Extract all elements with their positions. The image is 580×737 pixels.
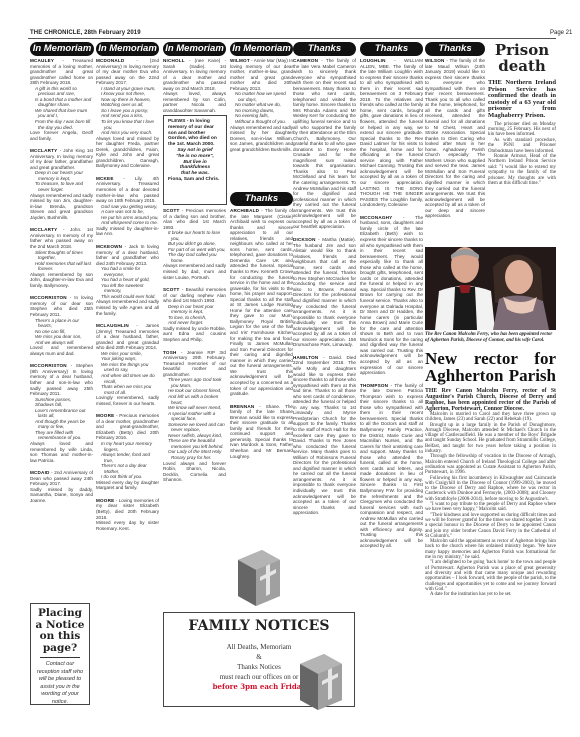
- notice-entry: MCAULEY - Treasured memories of a loving…: [30, 58, 93, 141]
- notice-name: MCCORRISTON: [30, 363, 67, 368]
- notice-entry: WILMOT - Annie Mar (May) In loving memor…: [230, 58, 293, 152]
- notice-name: MCCLARTY: [30, 227, 57, 232]
- notice-name: WILMOT: [230, 58, 250, 63]
- banner-thanks-3: Thanks: [360, 42, 423, 56]
- notice-text: - The family of the late Vera Mabel Came…: [293, 58, 356, 229]
- notice-text: - WILLIAM ALLEN, MBE. The family of the …: [360, 58, 423, 207]
- notice-name: MCAULEY: [30, 58, 54, 63]
- notice-signoff: Love forever Angela, Geoff and family.: [30, 130, 93, 141]
- rector-photo: [425, 247, 556, 330]
- bible-cross-icon: [294, 652, 346, 712]
- article-paragraph: "I want to pay tribute to the people of …: [425, 502, 556, 513]
- article-paragraph: "Their kindness and love supported us du…: [425, 513, 556, 539]
- thanks-column-4: ARCHIBALD - The family of the late Marga…: [230, 208, 293, 493]
- thanks-column-6: LOUGHLIN - WILLIAM ALLEN, MBE. The famil…: [360, 58, 423, 698]
- article-paragraph: As with standard procedure, the PSNI and…: [488, 138, 556, 154]
- memoriam-column-3b: SCOTT - Precious memories of a darling s…: [163, 208, 226, 518]
- notice-signoff: Always loved and missed by her daughter …: [96, 136, 159, 169]
- article-paragraph: "I am delighted to be going 'back home' …: [425, 560, 556, 592]
- notice-verse: In my heart your memory lingers,Always t…: [96, 441, 159, 480]
- notice-entry: MCCLARTY - John. 1st Anniversary. In mem…: [30, 227, 93, 288]
- notice-verse: We miss your smile,Your joking ways,We m…: [96, 351, 159, 395]
- notice-name: HAMILTON: [293, 355, 318, 360]
- article-paragraph: Brought up in a large family in the Pari…: [425, 423, 556, 455]
- masthead: THE CHRONICLE, 28th February 2019: [30, 30, 141, 36]
- notice-text: - Shane. The family of the late Shane Br…: [230, 404, 293, 459]
- notice-signoff: Sadly missed by daughter-in-law Ann.: [96, 226, 159, 237]
- notice-entry: THOMPSON - The family of the late Doreen…: [360, 383, 423, 549]
- notice-name: SCOTT: [163, 287, 180, 292]
- notice-entry: NICHOLL - (nee Kane) - Sarah (Sadie). 1s…: [163, 58, 226, 112]
- prison-lead: THE Northern Ireland Prison Service has …: [488, 80, 556, 120]
- notice-name: MCKEOWN: [96, 244, 122, 249]
- notice-name: MCCONAGHY: [360, 215, 392, 220]
- notice-text: - (nee Kane) - Sarah (Sadie). 1st Annive…: [163, 58, 226, 91]
- placing-notice-box: Placing a Notice on this page? Contact o…: [30, 603, 90, 705]
- notice-name: NICHOLL: [163, 58, 185, 63]
- notice-entry: DICKSON - Martha (Mattie). The husband J…: [293, 237, 356, 348]
- article-paragraph: A date for the institution has yet to be…: [425, 592, 556, 597]
- notice-name: BRENNAN: [230, 404, 254, 409]
- notice-entry: HAMILTON - David. Died 22nd September 20…: [293, 355, 356, 516]
- rector-headline: New rector for Aghherton Parish: [425, 350, 556, 384]
- memoriam-column-2: MCDONALD - (2nd Anniversary) In loving m…: [96, 58, 159, 678]
- notice-entry: SCOTT - Beautiful memories of our darlin…: [163, 287, 226, 342]
- notice-entry: MCCONAGHY - The husband, sons, daughters…: [360, 215, 423, 376]
- notice-entry: LOUGHLIN - WILLIAM ALLEN, MBE. The famil…: [360, 58, 423, 208]
- article-paragraph: The prisoner died on Monday morning, 25 …: [488, 122, 556, 138]
- bible-cross-icon: [232, 548, 284, 608]
- notice-name: DICKSON: [293, 237, 316, 242]
- notice-entry: MOORE - Precious memories of a dear moth…: [96, 413, 159, 491]
- article-paragraph: Ronnie Armour, Head of the Northern Irel…: [488, 154, 556, 186]
- notice-verse: It broke our hearts to lose you,But you …: [163, 230, 226, 263]
- notice-signoff: Sadly missed by uncle Robbie, aunt Edna …: [163, 326, 226, 343]
- notice-verse: Sunshine passes,Shadows fall,Love's reme…: [30, 397, 93, 441]
- memoriam-column-1: MCAULEY - Treasured memories of a loving…: [30, 58, 93, 563]
- notice-signoff: Always loved, always remembered by son C…: [163, 91, 226, 112]
- notice-verse: A gift in this world so precious and rar…: [30, 86, 93, 130]
- notice-signoff: Lovingly remembered, sadly missed, forev…: [96, 395, 159, 406]
- notice-entry: MCCLARTY - John King 1st Anniversary. In…: [30, 148, 93, 220]
- notice-entry: TOSH - Jeannie RIP 3rd Anniversary 29th …: [163, 350, 226, 483]
- banner-thanks-2: Thanks: [293, 42, 356, 56]
- notice-name: WILSON: [425, 58, 445, 63]
- banner-in-memoriam-1: In Memoriam: [30, 42, 94, 56]
- notice-text: - David. Died 22nd September 2018. The w…: [293, 355, 356, 515]
- article-paragraph: Following his first incumbency in Kilwau…: [425, 476, 556, 502]
- notice-signoff: Always remembered and sadly missed by so…: [30, 193, 93, 221]
- plews-text: PLEWS - In loving memory of our dear son…: [168, 119, 222, 148]
- notice-entry: MCDAID - 2nd Anniversary of Dean who pas…: [30, 470, 93, 503]
- banner-thanks-1: Thanks: [230, 192, 293, 206]
- placing-notice-body: Contact our reception staff who will be …: [34, 661, 86, 706]
- article-paragraph: Malcolm is married to Carol and they hav…: [425, 412, 556, 423]
- notice-name: MCLAUGHLIN: [96, 323, 129, 328]
- notice-verse: Silent thoughts of times together,Hold m…: [30, 250, 93, 272]
- page-number: Page 21: [550, 30, 572, 36]
- banner-in-memoriam-4: In Memoriam: [230, 42, 293, 56]
- notice-signoff: Always remembered and sadly missed by da…: [163, 263, 226, 280]
- notice-signoff: Missed every day by daughter Margaret an…: [96, 480, 159, 491]
- notice-verse: You had a smile for everyone,You had a h…: [96, 266, 159, 299]
- notice-entry: MCKEOWN - Jack In loving memory of a dea…: [96, 244, 159, 316]
- notice-signoff: Missed every day by sister Rosemary. Ken…: [96, 520, 159, 531]
- article-paragraph: Malcolm said the appointment as rector o…: [425, 539, 556, 560]
- notice-name: MCCORRISTON: [30, 295, 67, 300]
- plews-verse: Say not in grief"he is no more",But live…: [168, 148, 222, 177]
- memoriam-column-4: WILMOT - Annie Mar (May) In loving memor…: [230, 58, 293, 176]
- notice-name: TOSH: [163, 350, 176, 355]
- article-paragraph: Through the fellowship of vocation in th…: [425, 454, 556, 475]
- notice-text: - The family of the late Maud Wilson (24…: [425, 58, 485, 218]
- plews-notice-box: PLEWS - In loving memory of our dear son…: [163, 115, 227, 205]
- notice-name: CAMERON: [293, 58, 318, 63]
- placing-notice-title: Placing a Notice on this page?: [34, 608, 86, 654]
- thanks-column-5: CAMERON - The family of the late Vera Ma…: [293, 58, 356, 678]
- notice-verse: Deep in our heart your memory is kept,To…: [163, 304, 226, 326]
- notice-name: ARCHIBALD: [230, 208, 259, 213]
- notice-entry: WILSON - The family of the late Maud Wil…: [425, 58, 485, 219]
- notice-name: MCCLARTY: [30, 148, 57, 153]
- notice-name: MOORE: [96, 413, 114, 418]
- notice-signoff: Sadly missed by daddy, Samantha, Diane, …: [30, 487, 93, 504]
- notice-signoff: Always loved and remembered by wife Lind…: [30, 441, 93, 463]
- notice-verse: Three years ago God took you Mum,He took…: [163, 377, 226, 460]
- notice-verse: God saw you getting weary,A cure was not…: [96, 204, 159, 226]
- notice-text: - Stephen (8th Anniversary) In loving me…: [30, 363, 93, 396]
- rector-lead: THE Rev Canon Malcolm Ferry, rector of S…: [425, 388, 556, 412]
- notice-verse: No matter how we spend our days,No matte…: [230, 91, 293, 124]
- notice-entry: MCDONALD - (2nd Anniversary) In loving m…: [96, 58, 159, 169]
- notice-text: - Martha (Mattie). The husband Jim and s…: [293, 237, 356, 347]
- notice-entry: ARCHIBALD - The family of the late Marga…: [230, 208, 293, 397]
- notice-name: MCDONALD: [96, 58, 124, 63]
- banner-in-memoriam-3: In Memoriam: [163, 42, 226, 56]
- notice-signoff: Always remembered and sadly missed by he…: [230, 125, 293, 153]
- notice-entry: MCKEE - Lily. 4th Anniversary. Treasured…: [96, 176, 159, 237]
- notice-text: - The husband, sons, daughters and famil…: [360, 215, 423, 375]
- notice-signoff: Loved and remembered always mum and dad.: [30, 345, 93, 356]
- thanks-column-7: WILSON - The family of the late Maud Wil…: [425, 58, 485, 243]
- notice-name: LOUGHLIN: [360, 58, 386, 63]
- rector-article: New rector for Aghherton Parish THE Rev …: [425, 350, 556, 597]
- notice-entry: MCCORRISTON - In loving memory of our de…: [30, 295, 93, 356]
- notice-text: - The family of the late Margaret (Cissi…: [230, 208, 293, 396]
- notice-name: SCOTT: [163, 208, 180, 213]
- notice-verse: There's a place in our hearts,No one can…: [30, 318, 93, 346]
- banner-in-memoriam-2: In Memoriam: [96, 42, 159, 56]
- notice-entry: CAMERON - The family of the late Vera Ma…: [293, 58, 356, 230]
- divider: [40, 657, 80, 658]
- notice-entry: SCOTT - Precious memories of a darling s…: [163, 208, 226, 280]
- notice-verse: I stand at your grave mum,I know your no…: [96, 86, 159, 136]
- memoriam-column-3a: NICHOLL - (nee Kane) - Sarah (Sadie). 1s…: [163, 58, 226, 112]
- notice-entry: BRENNAN - Shane. The family of the late …: [230, 404, 293, 459]
- plews-signoff: Fiona, Sam and Chris.: [168, 177, 222, 183]
- notice-verse: Deep in our hearts your memory is kept,T…: [30, 170, 93, 192]
- rector-body: Malcolm is married to Carol and they hav…: [425, 412, 556, 597]
- notice-text: - The family of the late Doreen Patricia…: [360, 383, 423, 549]
- notice-signoff: Loved always and forever Robin, Sharon, …: [163, 461, 226, 483]
- notice-name: MCDAID: [30, 470, 50, 475]
- notice-name: THOMPSON: [360, 383, 388, 388]
- notice-entry: MCLAUGHLIN - James (Jimmy) Treasured mem…: [96, 323, 159, 406]
- rector-photo-caption: The Rev Canon Malcolm Ferry, who has bee…: [425, 332, 556, 343]
- notice-signoff: Always remembered by son John, daughter-…: [30, 272, 93, 289]
- prison-body: The prisoner died on Monday morning, 25 …: [488, 122, 556, 187]
- notice-signoff: Always remembered and sadly missed by wi…: [96, 299, 159, 316]
- notice-name: MOORE: [96, 498, 114, 503]
- notice-name: MCKEE: [96, 176, 114, 181]
- notice-entry: MCCORRISTON - Stephen (8th Anniversary) …: [30, 363, 93, 463]
- notice-text: - Annie Mar (May) In loving memory of ou…: [230, 58, 293, 91]
- banner-thanks-4: Thanks: [425, 42, 485, 56]
- prison-headline: Prison death: [488, 42, 556, 74]
- header-rule: [28, 38, 556, 39]
- prison-article: Prison death THE Northern Ireland Prison…: [488, 42, 556, 186]
- notice-entry: MOORE - Loving memories of my dear siste…: [96, 498, 159, 531]
